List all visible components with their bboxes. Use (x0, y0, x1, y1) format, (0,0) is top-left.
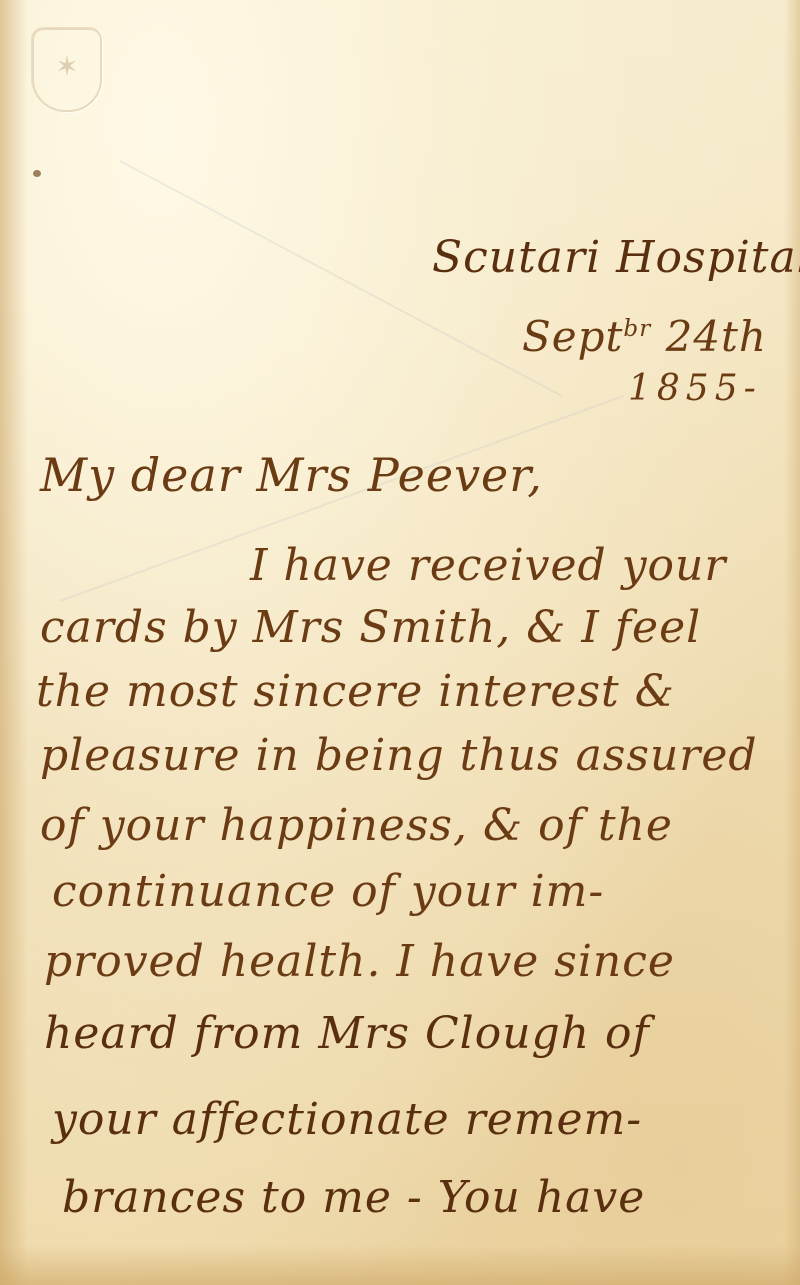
letter-line: I have received your (250, 540, 726, 591)
embossed-crest-icon: ✶ (32, 28, 102, 112)
letter-line: pleasure in being thus assured (40, 730, 758, 781)
paper-stain-bottom (0, 1245, 800, 1285)
letter-page: ✶ Scutari Hospital Septbr 24th 1855- My … (0, 0, 800, 1285)
date-day: 24th (666, 312, 767, 361)
letter-line: continuance of your im- (52, 866, 604, 917)
letter-line: of your happiness, & of the (40, 800, 673, 851)
letter-line: cards by Mrs Smith, & I feel (40, 602, 701, 653)
letter-line: your affectionate remem- (52, 1094, 642, 1145)
salutation: My dear Mrs Peever, (40, 448, 543, 502)
paper-stain-left (0, 0, 28, 1285)
letter-line: the most sincere interest & (36, 666, 675, 717)
heading-year: 1855- (628, 368, 762, 409)
letter-line: brances to me - You have (62, 1172, 645, 1223)
date-month: Sept (522, 312, 623, 361)
heading-place: Scutari Hospital (432, 232, 800, 283)
paper-stain-right (784, 0, 800, 1285)
date-month-suffix: br (623, 316, 651, 342)
letter-line: heard from Mrs Clough of (44, 1008, 650, 1059)
letter-line: proved health. I have since (44, 936, 675, 987)
ink-spot (33, 170, 41, 177)
heading-date: Septbr 24th (522, 312, 767, 361)
